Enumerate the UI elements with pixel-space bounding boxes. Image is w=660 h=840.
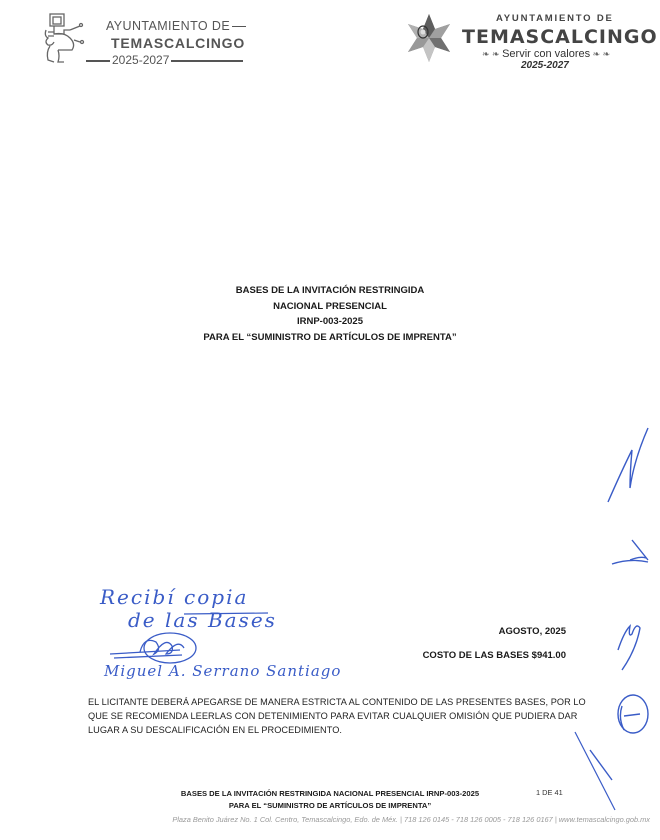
seated-figure-logo-icon [40,12,88,64]
logo-right-slogan: ❧ ❧ Servir con valores ❧ ❧ [482,48,610,60]
logo-left-years: 2025-2027 [112,53,169,67]
municipal-logo-left: AYUNTAMIENTO DE TEMASCALCINGO 2025-2027 [18,10,238,65]
star-emblem-logo-icon [404,12,454,64]
bidder-notice: EL LICITANTE DEBERÁ APEGARSE DE MANERA E… [88,695,588,737]
leaf-ornament-icon: ❧ ❧ [482,49,502,59]
logo-right-years: 2025-2027 [521,60,569,71]
logo-left-text1: AYUNTAMIENTO DE [106,19,230,33]
footer-address: Plaza Benito Juárez No. 1 Col. Centro, T… [0,815,650,824]
title-line1: BASES DE LA INVITACIÓN RESTRINGIDA [0,283,660,299]
divider [86,60,110,62]
document-title: BASES DE LA INVITACIÓN RESTRINGIDA NACIO… [0,283,660,345]
divider [232,26,246,28]
title-line4: PARA EL “SUMINISTRO DE ARTÍCULOS DE IMPR… [0,330,660,346]
signature-mark [110,632,230,666]
divider [171,60,243,62]
margin-initials [590,400,660,780]
logo-left-line2: TEMASCALCINGO [111,35,245,51]
handwritten-note-line1: Recibí copia [100,585,248,609]
title-line3: IRNP-003-2025 [0,314,660,330]
document-date: AGOSTO, 2025 [499,626,566,637]
logo-left-line3: 2025-2027 [86,53,243,67]
underline-mark [184,612,274,616]
footer-title-line2: PARA EL “SUMINISTRO DE ARTÍCULOS DE IMPR… [0,800,660,812]
slogan-text: Servir con valores [502,48,590,60]
title-line2: NACIONAL PRESENCIAL [0,299,660,315]
logo-left-line1: AYUNTAMIENTO DE [106,19,246,33]
page-number: 1 DE 41 [536,788,563,797]
leaf-ornament-icon: ❧ ❧ [590,49,610,59]
handwritten-name: Miguel A. Serrano Santiago [104,662,341,680]
bases-cost: COSTO DE LAS BASES $941.00 [423,650,566,661]
municipal-logo-right: AYUNTAMIENTO DE TEMASCALCINGO ❧ ❧ Servir… [400,8,640,68]
logo-right-line2: TEMASCALCINGO [462,26,658,48]
logo-right-line1: AYUNTAMIENTO DE [496,13,614,24]
